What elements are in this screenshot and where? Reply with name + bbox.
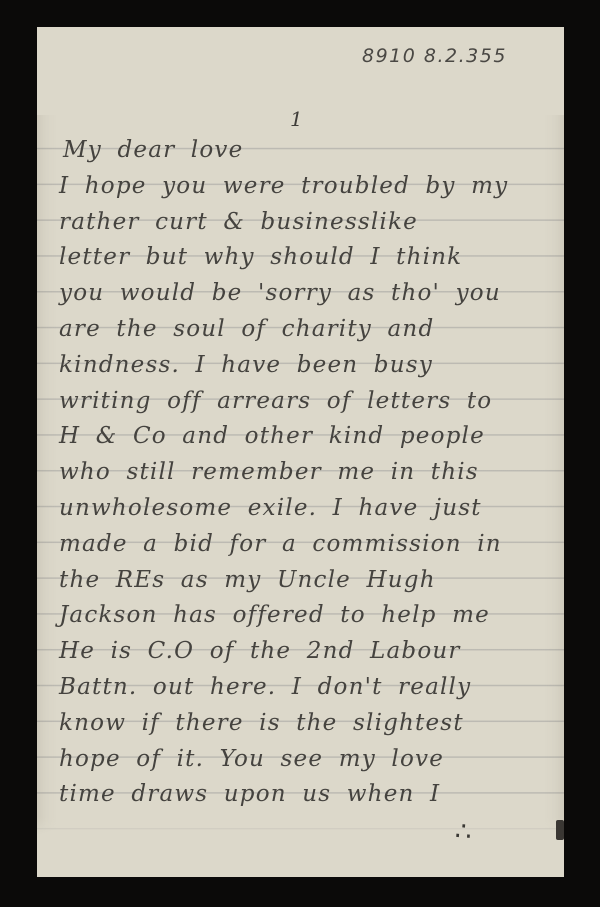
letter-line: He is C.O of the 2nd Labour — [59, 634, 559, 670]
letter-line: made a bid for a commission in — [59, 527, 559, 563]
letter-line: kindness. I have been busy — [59, 348, 559, 384]
archive-reference-number: 8910 8.2.355 — [362, 45, 507, 67]
letter-line: H & Co and other kind people — [59, 419, 559, 455]
letter-line: you would be 'sorry as tho' you — [59, 276, 559, 312]
letter-line: are the soul of charity and — [59, 312, 559, 348]
paper-sheet: 8910 8.2.355 1 My dear love I hope you w… — [37, 27, 564, 877]
letter-line: writing off arrears of letters to — [59, 384, 559, 420]
letter-line: hope of it. You see my love — [59, 742, 559, 778]
page-number: 1 — [290, 107, 303, 131]
ink-mark: ∴ — [454, 816, 473, 847]
salutation: My dear love — [59, 133, 559, 169]
letter-line: the REs as my Uncle Hugh — [59, 563, 559, 599]
letter-line: time draws upon us when I — [59, 777, 559, 813]
letter-line: know if there is the slightest — [59, 706, 559, 742]
letter-body: My dear love I hope you were troubled by… — [59, 133, 559, 813]
letter-line: rather curt & businesslike — [59, 205, 559, 241]
letter-line: I hope you were troubled by my — [59, 169, 559, 205]
letter-line: letter but why should I think — [59, 240, 559, 276]
scanned-letter-page: 8910 8.2.355 1 My dear love I hope you w… — [0, 0, 600, 907]
letter-line: who still remember me in this — [59, 455, 559, 491]
letter-line: Jackson has offered to help me — [59, 598, 559, 634]
letter-line: Battn. out here. I don't really — [59, 670, 559, 706]
paper-edge-tab — [556, 820, 564, 840]
letter-line: unwholesome exile. I have just — [59, 491, 559, 527]
